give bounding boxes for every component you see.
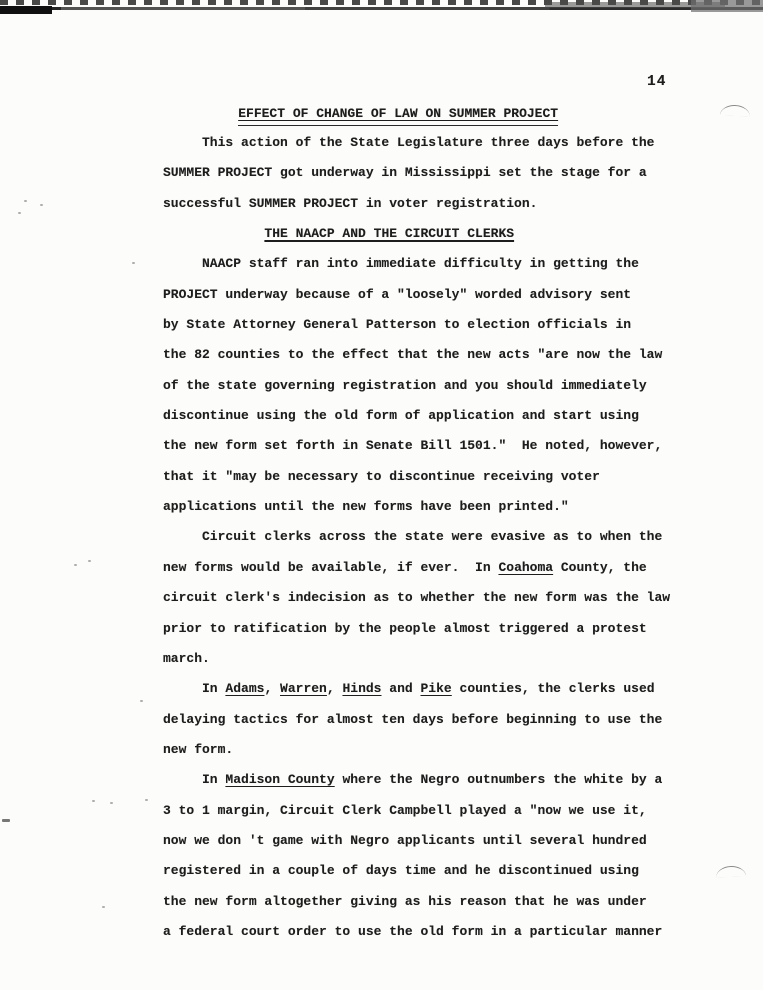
page-number: 14 (647, 74, 666, 90)
text-line: march. (163, 644, 723, 674)
text-line: In Adams, Warren, Hinds and Pike countie… (163, 674, 723, 704)
text-line: the new form set forth in Senate Bill 15… (163, 431, 723, 461)
scan-speck (102, 906, 105, 908)
text-line: by State Attorney General Patterson to e… (163, 310, 723, 340)
text-line: successful SUMMER PROJECT in voter regis… (163, 189, 723, 219)
text-line: now we don 't game with Negro applicants… (163, 826, 723, 856)
scan-speck (145, 799, 148, 801)
scan-speck (2, 819, 10, 822)
text-line: a federal court order to use the old for… (163, 917, 723, 947)
text-line: circuit clerk's indecision as to whether… (163, 583, 723, 613)
text-line: new form. (163, 735, 723, 765)
text-line: This action of the State Legislature thr… (163, 128, 723, 158)
text-line: NAACP staff ran into immediate difficult… (163, 249, 723, 279)
text-line: registered in a couple of days time and … (163, 856, 723, 886)
text-line: Circuit clerks across the state were eva… (163, 522, 723, 552)
text-line: the new form altogether giving as his re… (163, 887, 723, 917)
text-line: of the state governing registration and … (163, 371, 723, 401)
scan-speck (40, 204, 43, 206)
scan-speck (132, 262, 135, 264)
text-line: In Madison County where the Negro outnum… (163, 765, 723, 795)
scan-speck (110, 802, 113, 804)
scan-torn-edge-artifact (0, 0, 763, 15)
text-line: discontinue using the old form of applic… (163, 401, 723, 431)
document-body: This action of the State Legislature thr… (163, 128, 723, 947)
text-line: applications until the new forms have be… (163, 492, 723, 522)
scan-speck (140, 700, 143, 702)
text-line: the 82 counties to the effect that the n… (163, 340, 723, 370)
text-line: 3 to 1 margin, Circuit Clerk Campbell pl… (163, 796, 723, 826)
scan-speck (92, 800, 95, 802)
text-line: prior to ratification by the people almo… (163, 614, 723, 644)
text-line: PROJECT underway because of a "loosely" … (163, 280, 723, 310)
scan-speck (24, 200, 27, 202)
scan-edge-left-blob (0, 6, 52, 14)
text-line: that it "may be necessary to discontinue… (163, 462, 723, 492)
document-page: 14 EFFECT OF CHANGE OF LAW ON SUMMER PRO… (0, 0, 763, 990)
scan-speck (18, 212, 21, 214)
scan-speck (74, 564, 77, 566)
text-line: new forms would be available, if ever. I… (163, 553, 723, 583)
scan-arc-artifact-top (720, 104, 750, 116)
scan-edge-right-band (691, 0, 763, 12)
scan-speck (88, 560, 91, 562)
text-line: delaying tactics for almost ten days bef… (163, 705, 723, 735)
text-line: SUMMER PROJECT got underway in Mississip… (163, 158, 723, 188)
section-heading: THE NAACP AND THE CIRCUIT CLERKS (163, 219, 723, 249)
page-title-text: EFFECT OF CHANGE OF LAW ON SUMMER PROJEC… (238, 106, 558, 126)
